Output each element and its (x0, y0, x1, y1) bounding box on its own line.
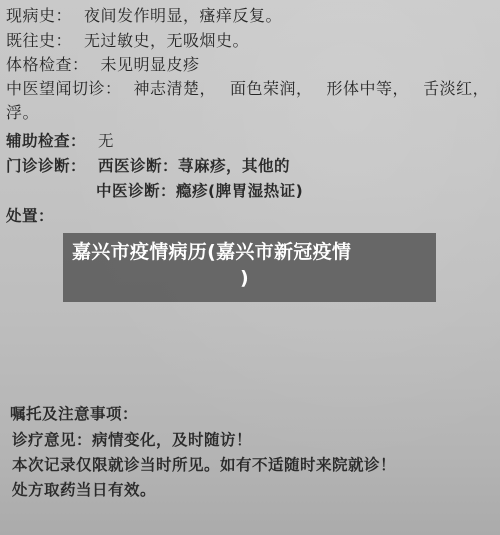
physical-exam-value: 未见明显皮疹 (101, 55, 200, 74)
diagnosis-label: 门诊诊断： (6, 157, 86, 175)
treatment-label: 处置： (6, 206, 54, 226)
present-illness-value: 夜间发作明显，瘙痒反复。 (84, 6, 282, 25)
physical-exam-label: 体格检查： (6, 55, 89, 74)
notes-line-2: 本次记录仅限就诊当时所见。如有不适随时来院就诊！ (12, 455, 396, 475)
tcm-exam-value-2: 面色荣润， (230, 79, 313, 98)
auxiliary-exam-value: 无 (98, 132, 114, 150)
caption-title-line2: ) (72, 265, 432, 291)
past-history-value: 无过敏史，无吸烟史。 (84, 31, 249, 50)
auxiliary-exam-row: 辅助检查：无 (6, 131, 114, 151)
caption-title-line1: 嘉兴市疫情病历(嘉兴市新冠疫情 (72, 241, 351, 263)
tcm-exam-value-1: 神志清楚， (134, 79, 217, 98)
present-illness-row: 现病史：夜间发作明显，瘙痒反复。 (6, 6, 282, 26)
diagnosis-row: 门诊诊断：西医诊断：荨麻疹，其他的 (6, 156, 290, 176)
caption-overlay: 嘉兴市疫情病历(嘉兴市新冠疫情 ) (63, 233, 436, 302)
tcm-diagnosis: 中医诊断：瘾疹(脾胃湿热证) (96, 181, 303, 201)
past-history-label: 既往史： (6, 31, 72, 50)
physical-exam-row: 体格检查：未见明显皮疹 (6, 55, 200, 75)
tcm-exam-label: 中医望闻切诊： (6, 79, 122, 98)
western-diagnosis: 西医诊断：荨麻疹，其他的 (98, 157, 290, 175)
notes-line-1: 诊疗意见：病情变化，及时随访！ (12, 430, 252, 450)
past-history-row: 既往史：无过敏史，无吸烟史。 (6, 31, 249, 51)
auxiliary-exam-label: 辅助检查： (6, 132, 86, 150)
present-illness-label: 现病史： (6, 6, 72, 25)
notes-line-3: 处方取药当日有效。 (12, 480, 156, 500)
tcm-exam-continuation: 浮。 (6, 103, 39, 123)
notes-heading: 嘱托及注意事项： (10, 404, 138, 424)
tcm-exam-row: 中医望闻切诊：神志清楚，面色荣润，形体中等，舌淡红， (6, 79, 489, 99)
caption-title: 嘉兴市疫情病历(嘉兴市新冠疫情 ) (72, 239, 432, 291)
tcm-exam-value-3: 形体中等， (327, 79, 410, 98)
tcm-exam-value-4: 舌淡红， (423, 79, 489, 98)
